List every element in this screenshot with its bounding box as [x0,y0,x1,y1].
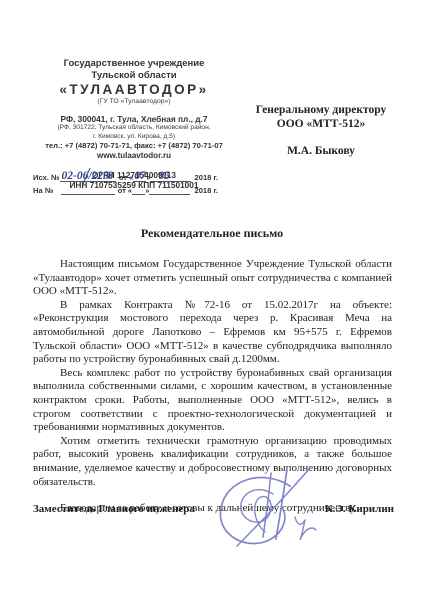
paragraph-intro: Настоящим письмом Государственное Учрежд… [33,258,392,299]
outgoing-month-line: 05 [150,171,190,182]
recipient-company: ООО «МТТ-512» [238,117,404,131]
org-phone-fax: тел.: +7 (4872) 70-71-71, факс: +7 (4872… [26,141,242,151]
incoming-ref-row: На № от « » 2018 г. [33,182,218,195]
recipient-block: Генеральному директору ООО «МТТ-512» М.А… [238,103,404,158]
outgoing-ref-number-line: 02-06/225 8 [60,171,117,182]
outgoing-day-handwritten: 07 [134,170,146,182]
incoming-day-line [132,184,145,195]
letter-title: Рекомендательное письмо [0,226,424,241]
signer-position: Заместитель Главного инженера [33,503,195,515]
outgoing-month-handwritten: 05 [158,170,170,182]
incoming-month-line [149,184,190,195]
incoming-ref-number-line [61,184,115,195]
org-type-line2: Тульской области [26,70,242,82]
outgoing-ref-label: Исх. № [33,173,60,182]
org-type-line1: Государственное учреждение [26,58,242,70]
recipient-title: Генеральному директору [238,103,404,117]
outgoing-ref-row: Исх. № 02-06/225 8 от « 07 » 05 2018 г. [33,169,218,182]
letter-document-page: Государственное учреждение Тульской обла… [0,0,424,600]
org-address-main: РФ, 300041, г. Тула, Хлебная пл., д.7 [26,114,242,124]
incoming-ref-label: На № [33,186,53,195]
outgoing-from-label: от « [119,173,134,182]
org-address-alt1: (РФ, 301722, Тульская область, Кимовский… [26,124,242,133]
signer-name: К.Э. Кирилин [325,503,394,515]
paragraph-scope: Весь комплекс работ по устройству бурона… [33,367,392,435]
reference-block: Исх. № 02-06/225 8 от « 07 » 05 2018 г. … [33,169,218,195]
handwritten-signature-icon [210,464,328,558]
incoming-from-label: от « [118,186,133,195]
outgoing-ref-number-suffix-handwritten: 8 [108,170,114,182]
incoming-year: 2018 г. [194,186,218,195]
paragraph-contract: В рамках Контракта №72-16 от 15.02.2017г… [33,299,392,367]
org-short-name: (ГУ ТО «Тулаавтодор») [26,97,242,106]
outgoing-day-line: 07 [133,171,146,182]
org-website: www.tulaavtodor.ru [26,151,242,161]
outgoing-year: 2018 г. [195,173,219,182]
org-name: «ТУЛААВТОДОР» [26,82,242,97]
org-address-alt2: г. Кимовск, ул. Кирова, д.5) [26,133,242,142]
recipient-name: М.А. Быкову [238,144,404,158]
